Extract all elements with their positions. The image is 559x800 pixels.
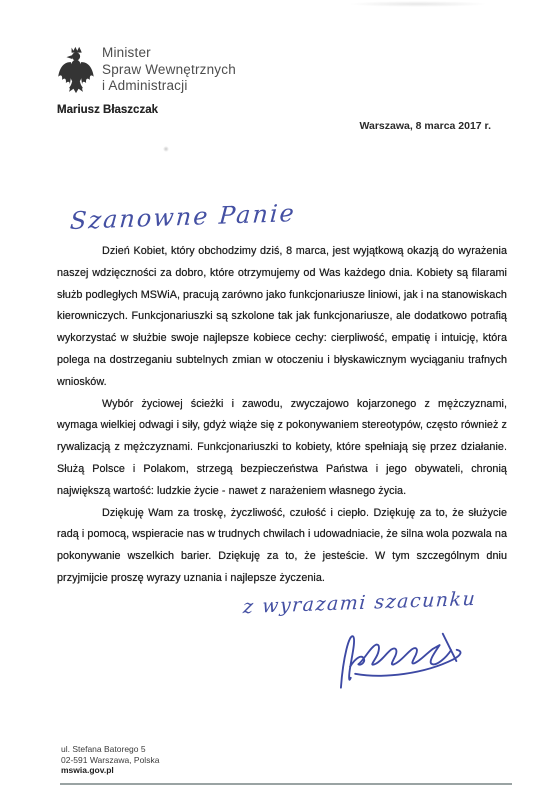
paragraph: Dziękuję Wam za troskę, życzliwość, czuł… (57, 503, 507, 590)
dateline: Warszawa, 8 marca 2017 r. (359, 120, 491, 132)
footer-address-line: 02-591 Warszawa, Polska (61, 755, 159, 766)
minister-name: Mariusz Błaszczak (57, 104, 158, 116)
footer-website: mswia.gov.pl (61, 765, 159, 776)
footer-address: ul. Stefana Batorego 5 02-591 Warszawa, … (61, 744, 159, 776)
paragraph: Dzień Kobiet, który obchodzimy dziś, 8 m… (57, 241, 507, 394)
ministry-title-line: i Administracji (102, 78, 236, 95)
scanned-letter-page: Minister Spraw Wewnętrznych i Administra… (0, 0, 559, 800)
handwritten-salutation: Szanowne Panie (69, 199, 297, 235)
paragraph: Wybór życiowej ścieżki i zawodu, zwyczaj… (57, 394, 507, 503)
polish-eagle-emblem-icon (57, 42, 95, 100)
handwritten-signature-icon (310, 606, 484, 699)
footer-rule (60, 783, 512, 785)
ministry-title-line: Spraw Wewnętrznych (102, 62, 236, 79)
scan-speck (163, 146, 169, 152)
ministry-title-line: Minister (102, 45, 236, 62)
footer-address-line: ul. Stefana Batorego 5 (61, 744, 159, 755)
scan-smudge (348, 1, 488, 7)
ministry-title: Minister Spraw Wewnętrznych i Administra… (102, 45, 236, 95)
letter-body: Dzień Kobiet, który obchodzimy dziś, 8 m… (57, 241, 507, 590)
